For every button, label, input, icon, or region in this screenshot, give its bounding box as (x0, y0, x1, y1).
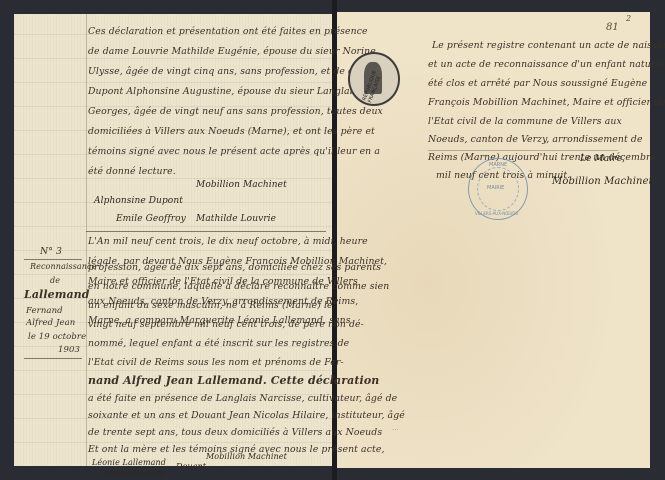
text-line: et un acte de reconnaissance d'un enfant… (428, 59, 665, 70)
text-line: été clos et arrêté par Nous soussigné Eu… (428, 78, 647, 89)
text-line: Georges, âgée de vingt neuf ans sans pro… (88, 106, 383, 117)
margin-line: de (50, 276, 60, 285)
text-line: de dame Louvrie Mathilde Eugénie, épouse… (88, 46, 376, 57)
stamp-center-text: MAIRIE (487, 185, 504, 191)
margin-year: 1903 (58, 345, 80, 355)
folio-suffix: 2 (626, 14, 631, 23)
text-line: L'An mil neuf cent trois, le dix neuf oc… (88, 236, 368, 247)
text-line: l'Etat civil de la commune de Villers au… (428, 116, 622, 127)
text-line: profession, âgée de dix sept ans, domici… (88, 262, 381, 273)
margin-line: Fernand (26, 306, 63, 316)
closing-title: Le Maire, (580, 154, 625, 164)
mother-signature: Léonie Lallemand (92, 458, 166, 467)
text-line: a été faite en présence de Langlais Narc… (88, 393, 397, 404)
text-line: de trente sept ans, tous deux domiciliés… (88, 427, 382, 438)
margin-date: le 19 octobre (28, 332, 86, 342)
margin-line: Alfred Jean (26, 318, 75, 328)
republique-francaise-stamp: RÉPUBLIQUE FRANÇAISE (348, 52, 400, 106)
text-line: nommé, lequel enfant a été inscrit sur l… (88, 338, 349, 349)
text-line: vingt neuf septembre mil neuf cent trois… (88, 319, 364, 330)
folio-number: 81 (606, 22, 619, 33)
witness-signature: Langlais Narcisse (100, 469, 165, 477)
witness-signature: Emile Geoffroy (116, 214, 186, 224)
witness-signature: Alphonsine Dupont (94, 196, 183, 206)
margin-rule (24, 358, 82, 359)
witness-signature: Douant (176, 462, 206, 471)
act-number: N° 3 (40, 246, 62, 257)
margin-surname: Lallemand (24, 288, 90, 301)
mayor-signature: Mobillion Machinet (552, 176, 653, 187)
text-line: un enfant du sexe masculin, né à Reims (… (88, 300, 333, 311)
underline (428, 150, 618, 151)
text-line: domiciliées à Villers aux Noeuds (Marne)… (88, 126, 375, 137)
text-line: été donné lecture. (88, 166, 176, 177)
mayor-signature: Mobillion Machinet (206, 452, 287, 461)
text-line: Noeuds, canton de Verzy, arrondissement … (428, 134, 643, 145)
margin-rule (24, 259, 82, 260)
mairie-stamp: MARNE MAIRIE VILLERS-AUX-NŒUDS (468, 158, 528, 220)
margin-line: Reconnaissance (30, 262, 96, 271)
mayor-signature: Mobillion Machinet (196, 180, 287, 190)
text-line: François Mobillion Machinet, Maire et of… (428, 97, 665, 108)
text-line: Le présent registre contenant un acte de… (432, 40, 665, 51)
text-line: Ces déclaration et présentation ont été … (88, 26, 368, 37)
faint-mark: … (392, 424, 399, 432)
stamp-bottom-text: VILLERS-AUX-NŒUDS (475, 211, 518, 216)
text-line: en notre commune, laquelle a déclaré rec… (88, 281, 389, 292)
act-separator (86, 231, 326, 232)
text-line: Dupont Alphonsine Augustine, épouse du s… (88, 86, 358, 97)
text-line: l'Etat civil de Reims sous les nom et pr… (88, 357, 344, 368)
child-name-line: nand Alfred Jean Lallemand. Cette déclar… (88, 374, 379, 387)
text-line: témoins signé avec nous le présent acte … (88, 146, 380, 157)
stamp-top-text: MARNE (489, 162, 507, 168)
margin-line (86, 14, 87, 466)
witness-signature: Mathilde Louvrie (196, 214, 276, 224)
text-line: Ulysse, âgée de vingt cinq ans, sans pro… (88, 66, 374, 77)
text-line: soixante et un ans et Douant Jean Nicola… (88, 410, 405, 421)
